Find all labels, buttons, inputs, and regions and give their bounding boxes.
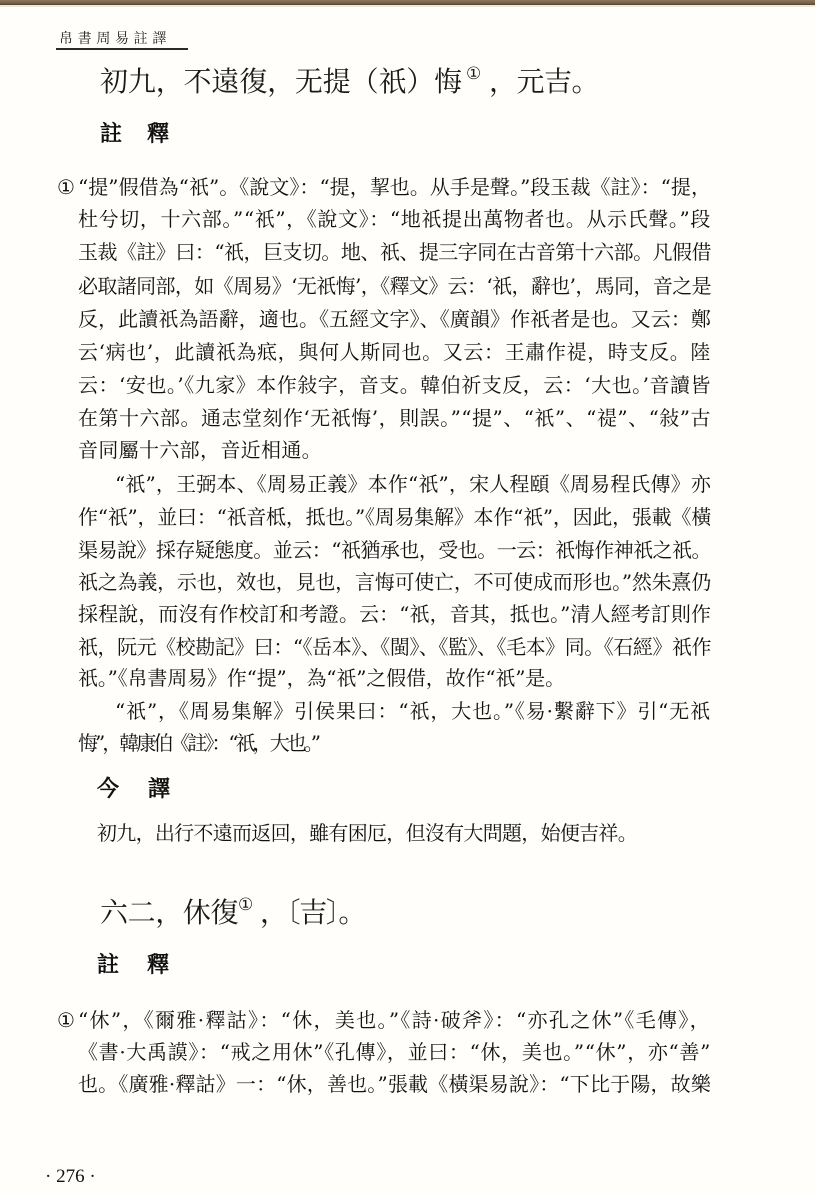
- footnote-mark-superscript: ①: [238, 897, 253, 914]
- text-line: 云‘病也’，此讀祇為疷，與何人斯同也。又云：王肅作禔，時支反。陸: [78, 336, 711, 368]
- hexagram-line-2-tail: ，〔吉〕。: [260, 895, 365, 931]
- text-line: 作“祇”，並曰：“祇音柢，抵也。”《周易集解》本作“祇”，因此，張載《橫: [78, 501, 711, 533]
- text-line: 採程說，而沒有作校訂和考證。云：“祇，音其，抵也。”清人經考訂則作: [78, 598, 711, 630]
- text-line: 玉裁《註》曰：“祇，巨支切。地、祇、提三字同在古音第十六部。凡假借: [78, 236, 711, 268]
- translation-text: 初九，出行不遠而返回，雖有困厄，但沒有大問題，始便吉祥。: [97, 817, 637, 849]
- text-line: 祇。”《帛書周易》作“提”，為“祇”之假借，故作“祇”是。: [78, 662, 565, 694]
- text-line: 祇，阮元《校勘記》曰：“《岳本》、《閩》、《監》、《毛本》同。《石經》祇作: [78, 631, 711, 663]
- footnote-number: ①: [57, 1004, 78, 1036]
- text-line: 必取諸同部，如《周易》‘无祇悔’，《釋文》云：‘祇，辭也’，馬同，音之是: [78, 270, 711, 302]
- running-head: 帛書周易註譯: [59, 31, 171, 47]
- section-heading-char: 譯: [148, 776, 170, 804]
- section-heading-char: 註: [100, 121, 122, 149]
- text-line: 悔”，韓康伯《註》：“祇，大也。”: [78, 727, 318, 759]
- text-line: “祇”，《周易集解》引侯果曰：“祇，大也。”《易·繫辭下》引“无祇: [115, 695, 711, 727]
- text-line: 在第十六部。通志堂刻作‘无祇悔’，則誤。”“提”、“祇”、“禔”、“敍”古: [78, 402, 711, 434]
- section-heading-char: 註: [97, 952, 119, 980]
- text-line: 音同屬十六部，音近相通。: [78, 434, 322, 466]
- running-head-rule: [56, 48, 188, 50]
- text-line: “提”假借為“祇”。《說文》：“提，挈也。从手是聲。”段玉裁《註》：“提，: [78, 171, 711, 203]
- footnote-mark-superscript: ①: [466, 66, 481, 83]
- hexagram-line-1-text: 初九，不遠復，无提（祇）悔: [100, 64, 462, 100]
- footnote-number: ①: [57, 171, 78, 203]
- page-number: · 276 ·: [45, 1165, 96, 1189]
- text-line: 《書·大禹謨》：“戒之用休”《孔傳》，並曰：“休，美也。”“休”，亦“善”: [78, 1036, 711, 1068]
- text-line: 反，此讀祇為語辭，適也。《五經文字》、《廣韻》作祇者是也。又云：鄭: [78, 303, 711, 335]
- text-line: 杜兮切，十六部。”“祇”，《說文》：“地祇提出萬物者也。从示氏聲。”段: [78, 203, 711, 235]
- hexagram-line-1-tail: ，元吉。: [489, 64, 599, 100]
- section-heading-char: 釋: [147, 121, 169, 149]
- text-line: 渠易說》採存疑態度。並云：“祇猶承也，受也。一云：祇悔作神祇之祇。: [78, 534, 711, 566]
- scan-top-border-edge: [0, 5, 815, 7]
- text-line: 云：‘安也。’《九家》本作敍字，音支。韓伯祈支反，云：‘大也。’音讀皆: [78, 369, 711, 401]
- hexagram-line-2-text: 六二，休復: [100, 895, 238, 931]
- text-line: 祇之為義，示也，效也，見也，言悔可使亡，不可使成而形也。”然朱熹仍: [78, 566, 711, 598]
- text-line: 也。《廣雅·釋詁》一：“休，善也。”張載《橫渠易說》：“下比于陽，故樂: [78, 1068, 711, 1100]
- text-line: “休”，《爾雅·釋詁》：“休，美也。”《詩·破斧》：“亦孔之休”《毛傳》，: [78, 1004, 711, 1036]
- text-line: “祇”，王弼本、《周易正義》本作“祇”，宋人程頤《周易程氏傳》亦: [115, 468, 711, 500]
- section-heading-char: 今: [97, 776, 119, 804]
- section-heading-char: 釋: [147, 952, 169, 980]
